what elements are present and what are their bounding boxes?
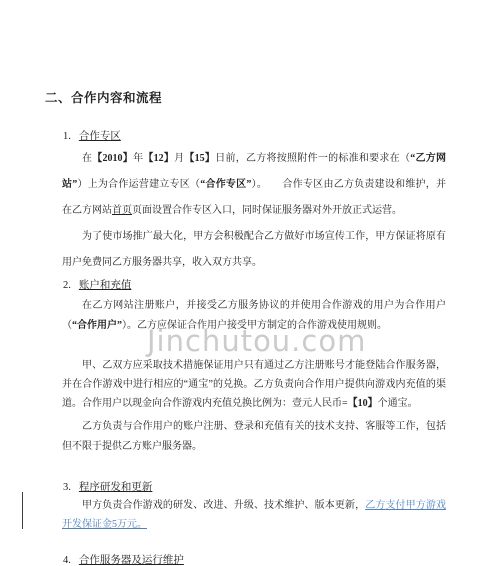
list-item-1-heading: 1.合作专区 <box>63 128 121 143</box>
text-run: 个通宝。 <box>378 398 418 409</box>
text-run-bold: 【15】 <box>184 153 215 164</box>
text-run: 在 <box>82 153 92 164</box>
paragraph-account-registration: 在乙方网站注册账户，并接受乙方服务协议的并使用合作游戏的用户为合作用户（“合作用… <box>62 296 446 336</box>
revision-change-bar <box>22 492 23 529</box>
text-run: ）上为合作运营建立专区（ <box>77 179 200 190</box>
list-item-title: 账户和充值 <box>79 280 132 291</box>
text-run: 日前，乙方将按照附件一的标准和要求在（ <box>215 153 410 164</box>
text-run-bold: 【2010】 <box>92 153 133 164</box>
text-run: ）。乙方应保证合作用户接受甲方制定的合作游戏使用规则。 <box>122 320 387 331</box>
paragraph-technical-measures: 甲、乙双方应采取技术措施保证用户只有通过乙方注册账号才能登陆合作服务器，并在合作… <box>62 356 446 413</box>
paragraph-cooperation-zone: 在【2010】年【12】月【15】日前，乙方将按照附件一的标准和要求在（“乙方网… <box>62 146 446 224</box>
text-run: 年 <box>133 153 143 164</box>
text-run: 甲方负责合作游戏的研发、改进、升级、技术维护、版本更新， <box>82 500 365 511</box>
list-item-number: 1. <box>63 131 71 142</box>
text-run-bold: 【10】 <box>348 398 378 409</box>
list-item-3-heading: 3.程序研发和更新 <box>63 479 152 494</box>
list-item-title: 程序研发和更新 <box>79 482 153 493</box>
list-item-number: 2. <box>63 280 71 291</box>
section-heading: 二、合作内容和流程 <box>45 88 162 106</box>
list-item-4-heading: 4.合作服务器及运行维护 <box>63 552 184 566</box>
text-run: 页面设置合作专区入口，同时保证服务器对外开放正式运营。 <box>132 205 402 216</box>
text-run: 为了使市场推广最大化，甲方会积极配合乙方做好市场宣传工作，甲方保证将原有用户免费… <box>62 231 446 268</box>
contract-document-page: Jinchutou.com 二、合作内容和流程 1.合作专区 在【2010】年【… <box>0 0 500 566</box>
list-item-title: 合作专区 <box>79 131 121 142</box>
list-item-number: 3. <box>63 482 71 493</box>
paragraph-technical-support: 乙方负责与合作用户的账户注册、登录和充值有关的技术支持、客服等工作，包括但不限于… <box>62 417 446 457</box>
list-item-number: 4. <box>63 555 71 566</box>
list-item-2-heading: 2.账户和充值 <box>63 277 131 292</box>
text-run-underlined: 首页 <box>112 205 132 216</box>
text-run-bold: 【12】 <box>143 153 174 164</box>
text-run-bold: “合作用户” <box>72 320 122 331</box>
paragraph-development-update: 甲方负责合作游戏的研发、改进、升级、技术维护、版本更新，乙方支付甲方游戏开发保证… <box>62 496 446 534</box>
text-run: 乙方负责与合作用户的账户注册、登录和充值有关的技术支持、客服等工作，包括但不限于… <box>62 421 446 452</box>
list-item-title: 合作服务器及运行维护 <box>79 555 184 566</box>
paragraph-market-promotion: 为了使市场推广最大化，甲方会积极配合乙方做好市场宣传工作，甲方保证将原有用户免费… <box>62 224 446 276</box>
text-run-bold: “合作专区” <box>200 179 251 190</box>
text-run: 月 <box>174 153 184 164</box>
